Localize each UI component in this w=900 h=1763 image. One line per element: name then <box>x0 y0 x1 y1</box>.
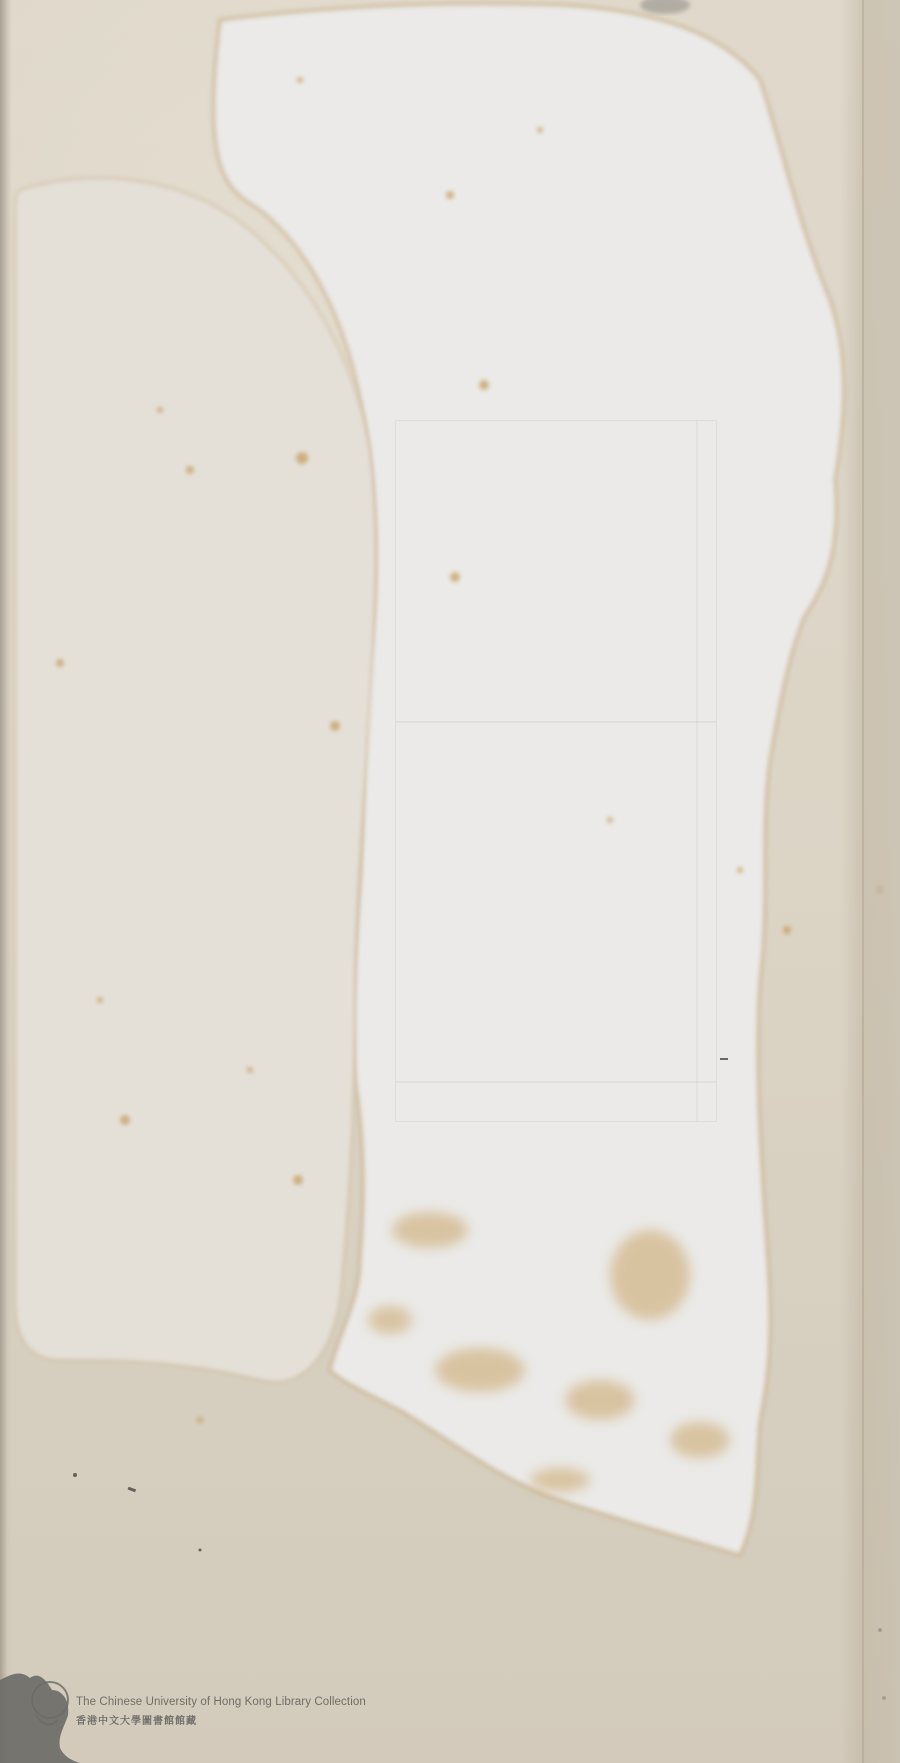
right-page-edge <box>840 0 900 1763</box>
scanned-page: The Chinese University of Hong Kong Libr… <box>0 0 900 1763</box>
library-watermark: The Chinese University of Hong Kong Libr… <box>0 1660 450 1763</box>
watermark-chinese: 香港中文大學圖書館館藏 <box>76 1712 197 1727</box>
left-page-edge <box>0 0 12 1763</box>
fold-line <box>862 0 864 1763</box>
watermark-english: The Chinese University of Hong Kong Libr… <box>76 1696 366 1708</box>
stain-left-lobe <box>15 178 376 1382</box>
faint-show-through-grid <box>395 420 717 1122</box>
